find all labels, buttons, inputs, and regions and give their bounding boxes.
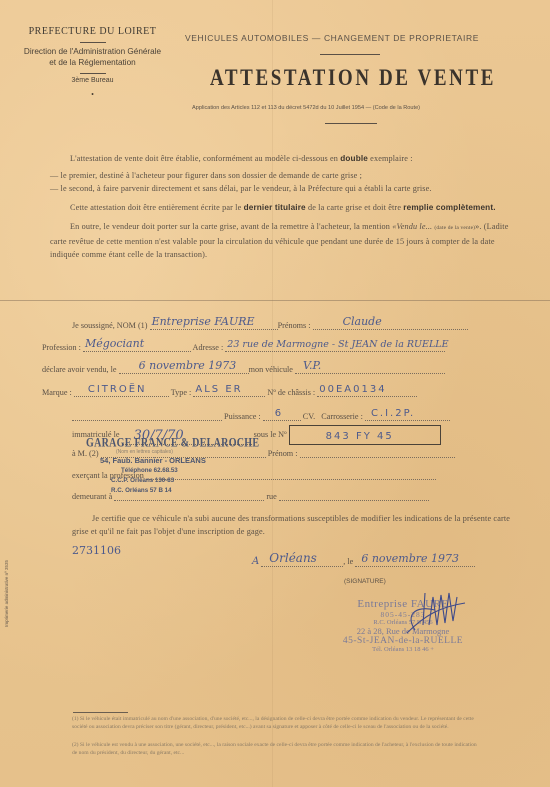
- instruction-paragraph-1: L'attestation de vente doit être établie…: [50, 152, 520, 165]
- footnote-1: (1) Si le véhicule était immatriculé au …: [72, 716, 482, 731]
- vehicule-field[interactable]: V.P.: [295, 362, 445, 374]
- divider: [325, 123, 377, 124]
- instruction-paragraph-3: En outre, le vendeur doit porter sur la …: [50, 220, 520, 261]
- prenoms-field[interactable]: Claude: [313, 318, 468, 330]
- blank-field[interactable]: [72, 409, 222, 421]
- printer-mark: Imprimerie administrative nº 3535: [4, 560, 9, 627]
- row-profession: Profession : Mégociant Adresse : 23 rue …: [42, 340, 445, 352]
- document-title: ATTESTATION DE VENTE: [210, 66, 496, 92]
- footnote-divider: [73, 712, 128, 713]
- carrosserie-field[interactable]: C.I.2P.: [365, 409, 450, 421]
- place-field[interactable]: Orléans: [261, 555, 343, 567]
- divider: [80, 42, 106, 43]
- puissance-field[interactable]: 6: [263, 409, 301, 421]
- signature-label: (SIGNATURE): [344, 578, 386, 585]
- date-field[interactable]: 6 novembre 1973: [355, 555, 475, 567]
- bullet: •: [20, 90, 165, 99]
- date-vente-field[interactable]: 6 novembre 1973: [119, 362, 249, 374]
- marque-field[interactable]: CITROËN: [74, 385, 169, 397]
- row-marque: Marque : CITROËN Type : ALS ER Nº de châ…: [42, 385, 417, 397]
- divider: [320, 54, 380, 55]
- legal-reference: Application des Articles 112 et 113 du d…: [192, 105, 420, 111]
- instruction-paragraph-2: Cette attestation doit être entièrement …: [50, 201, 520, 214]
- nom-field[interactable]: Entreprise FAURE: [150, 318, 278, 330]
- row-nom: Je soussigné, NOM (1) Entreprise FAUREPr…: [72, 318, 468, 330]
- row-puissance: Puissance : 6 CV. Carrosserie : C.I.2P.: [72, 409, 450, 421]
- instructions: L'attestation de vente doit être établie…: [50, 152, 520, 261]
- direction-line1: Direction de l'Administration Générale: [20, 46, 165, 57]
- divider: [80, 73, 106, 74]
- instruction-item-1: — le premier, destiné à l'acheteur pour …: [50, 169, 520, 182]
- prefecture-name: PREFECTURE DU LOIRET: [20, 26, 165, 37]
- direction-line2: et de la Réglementation: [20, 57, 165, 68]
- acheteur-prenom-field[interactable]: [300, 446, 455, 458]
- plate-number-box[interactable]: 843 FY 45: [289, 425, 441, 445]
- footnote-2: (2) Si le véhicule est vendu à une assoc…: [72, 742, 482, 757]
- section-divider: [0, 300, 550, 301]
- adresse-field[interactable]: 23 rue de Marmogne - St JEAN de la RUELL…: [225, 340, 445, 352]
- instruction-item-2: — le second, à faire parvenir directemen…: [50, 182, 520, 195]
- chassis-field[interactable]: 00EA0134: [317, 385, 417, 397]
- type-field[interactable]: ALS ER: [193, 385, 265, 397]
- rue-field[interactable]: [279, 489, 429, 501]
- prefecture-header: PREFECTURE DU LOIRET Direction de l'Admi…: [20, 26, 165, 99]
- profession-field[interactable]: Mégociant: [83, 340, 191, 352]
- row-declaration: déclare avoir vendu, le 6 novembre 1973m…: [42, 362, 445, 374]
- buyer-stamp: GARAGE FRANCE & DELAROCHE (Nom en lettre…: [86, 438, 259, 496]
- reference-number: 2731106: [72, 544, 121, 557]
- category-heading: VEHICULES AUTOMOBILES — CHANGEMENT DE PR…: [185, 33, 479, 43]
- signature-icon: [395, 585, 475, 640]
- row-lieu-date: A Orléans, le 6 novembre 1973: [252, 555, 475, 567]
- certification-text: Je certifie que ce véhicule n'a subi auc…: [72, 512, 520, 538]
- bureau: 3ème Bureau: [20, 77, 165, 84]
